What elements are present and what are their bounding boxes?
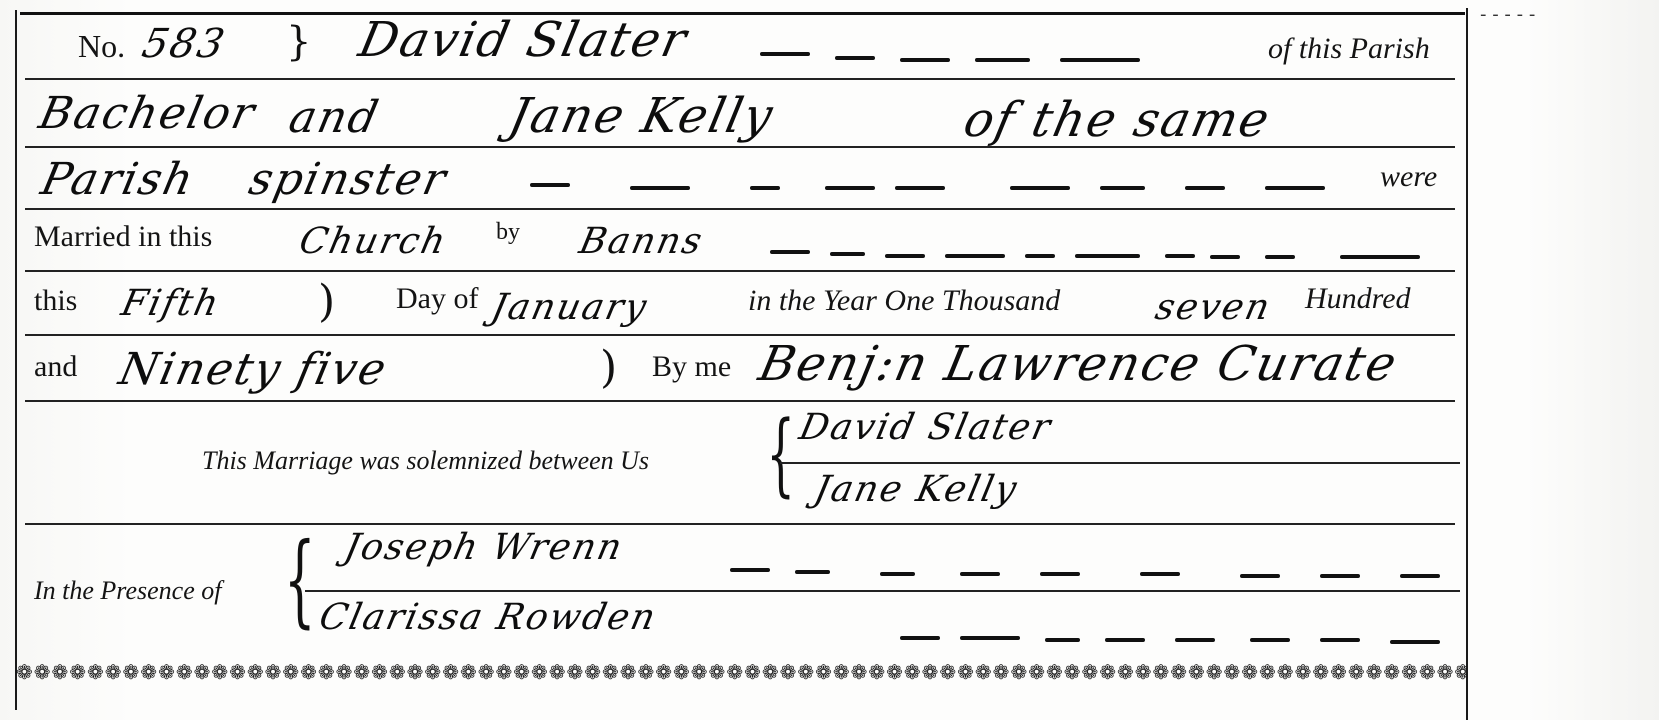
- filler-dash: [1100, 186, 1145, 190]
- filler-dash: [1340, 255, 1420, 259]
- rule-1: [25, 78, 1455, 80]
- groom-condition: Bachelor: [35, 92, 260, 136]
- filler-dash: [730, 568, 770, 572]
- rule-6: [25, 400, 1455, 402]
- brace-icon: {: [766, 410, 795, 500]
- filler-dash: [960, 572, 1000, 576]
- filler-dash: [1240, 574, 1280, 578]
- top-rule: [20, 12, 1465, 15]
- filler-dash: [1010, 186, 1070, 190]
- presence-label: In the Presence of: [34, 578, 221, 604]
- filler-dash: [880, 572, 915, 576]
- entry-number: 583: [139, 24, 230, 64]
- entry-number-label: No.: [78, 30, 125, 62]
- filler-dash: [1060, 58, 1140, 62]
- filler-dash: [830, 252, 865, 256]
- right-border: [1466, 8, 1468, 720]
- filler-dash: [945, 254, 1005, 258]
- and-label: and: [34, 352, 77, 382]
- signature-groom: David Slater: [796, 410, 1055, 446]
- filler-dash: [835, 56, 875, 60]
- place: Church: [296, 224, 450, 260]
- filler-dash: [1320, 574, 1360, 578]
- filler-dash: [1140, 572, 1180, 576]
- signature-divider: [780, 462, 1460, 464]
- filler-dash: [750, 186, 780, 190]
- conjunction-and: and: [285, 96, 383, 140]
- method: Banns: [576, 224, 706, 260]
- filler-dash: [960, 636, 1020, 640]
- filler-dash: [1265, 255, 1295, 259]
- filler-dash: [770, 250, 810, 254]
- year-hundreds: seven: [1152, 290, 1274, 326]
- filler-dash: [530, 183, 570, 187]
- filler-dash: [895, 186, 945, 190]
- filler-dash: [1025, 254, 1055, 258]
- bride-condition: spinster: [245, 158, 451, 202]
- decorative-border-ornament: ❁❁❁❁❁❁❁❁❁❁❁❁❁❁❁❁❁❁❁❁❁❁❁❁❁❁❁❁❁❁❁❁❁❁❁❁❁❁❁❁…: [16, 660, 1466, 684]
- month: January: [488, 290, 651, 326]
- this-label: this: [34, 286, 77, 316]
- filler-dash: [1185, 186, 1225, 190]
- filler-dash: [900, 636, 940, 640]
- filler-dash: [1210, 255, 1240, 259]
- filler-dash: [1040, 572, 1080, 576]
- rule-3: [25, 208, 1455, 210]
- witness-divider: [305, 590, 1460, 592]
- filler-dash: [1105, 638, 1145, 642]
- filler-dash: [1265, 186, 1325, 190]
- by-me-label: By me: [652, 352, 731, 382]
- filler-dash: [900, 58, 950, 62]
- bride-residence-cont: Parish: [37, 158, 198, 202]
- filler-dash: [1175, 638, 1215, 642]
- filler-dash: [885, 254, 925, 258]
- bride-name: Jane Kelly: [505, 92, 778, 140]
- day-of-label: Day of: [396, 284, 478, 314]
- rule-2: [25, 146, 1455, 148]
- paren-flourish: ): [600, 346, 617, 390]
- filler-dash: [1075, 254, 1140, 258]
- marriage-register-page: No. 583 } David Slater of this Parish Ba…: [0, 0, 1659, 720]
- year-rest: Ninety five: [115, 348, 391, 392]
- filler-dash: [1045, 638, 1080, 642]
- filler-dash: [1400, 574, 1440, 578]
- by-label: by: [496, 220, 520, 244]
- groom-residence-label: of this Parish: [1268, 34, 1430, 64]
- groom-name: David Slater: [355, 16, 692, 64]
- paren-flourish: ): [318, 280, 335, 324]
- brace-icon: {: [284, 530, 316, 630]
- filler-dash: [1320, 638, 1360, 642]
- filler-dash: [760, 52, 810, 56]
- brace-icon: }: [286, 22, 311, 62]
- left-border: [15, 10, 17, 710]
- rule-4: [25, 270, 1455, 272]
- rule-7: [25, 523, 1455, 525]
- day: Fifth: [118, 286, 223, 322]
- were-label: were: [1380, 162, 1437, 192]
- filler-dash: [1250, 638, 1290, 642]
- solemnized-label: This Marriage was solemnized between Us: [202, 448, 649, 474]
- margin-mark: ‑ ‑ ‑ ‑ ‑: [1480, 4, 1535, 25]
- married-in-label: Married in this: [34, 222, 212, 252]
- filler-dash: [1390, 640, 1440, 644]
- filler-dash: [975, 58, 1030, 62]
- witness-2: Clarissa Rowden: [316, 600, 660, 636]
- filler-dash: [795, 570, 830, 574]
- witness-1: Joseph Wrenn: [341, 530, 626, 566]
- hundred-label: Hundred: [1305, 284, 1411, 314]
- filler-dash: [630, 186, 690, 190]
- filler-dash: [1165, 254, 1195, 258]
- bride-residence: of the same: [960, 96, 1275, 144]
- year-label: in the Year One Thousand: [748, 286, 1060, 316]
- signature-bride: Jane Kelly: [811, 472, 1021, 508]
- officiant: Benj:n Lawrence Curate: [755, 340, 1402, 388]
- filler-dash: [825, 186, 875, 190]
